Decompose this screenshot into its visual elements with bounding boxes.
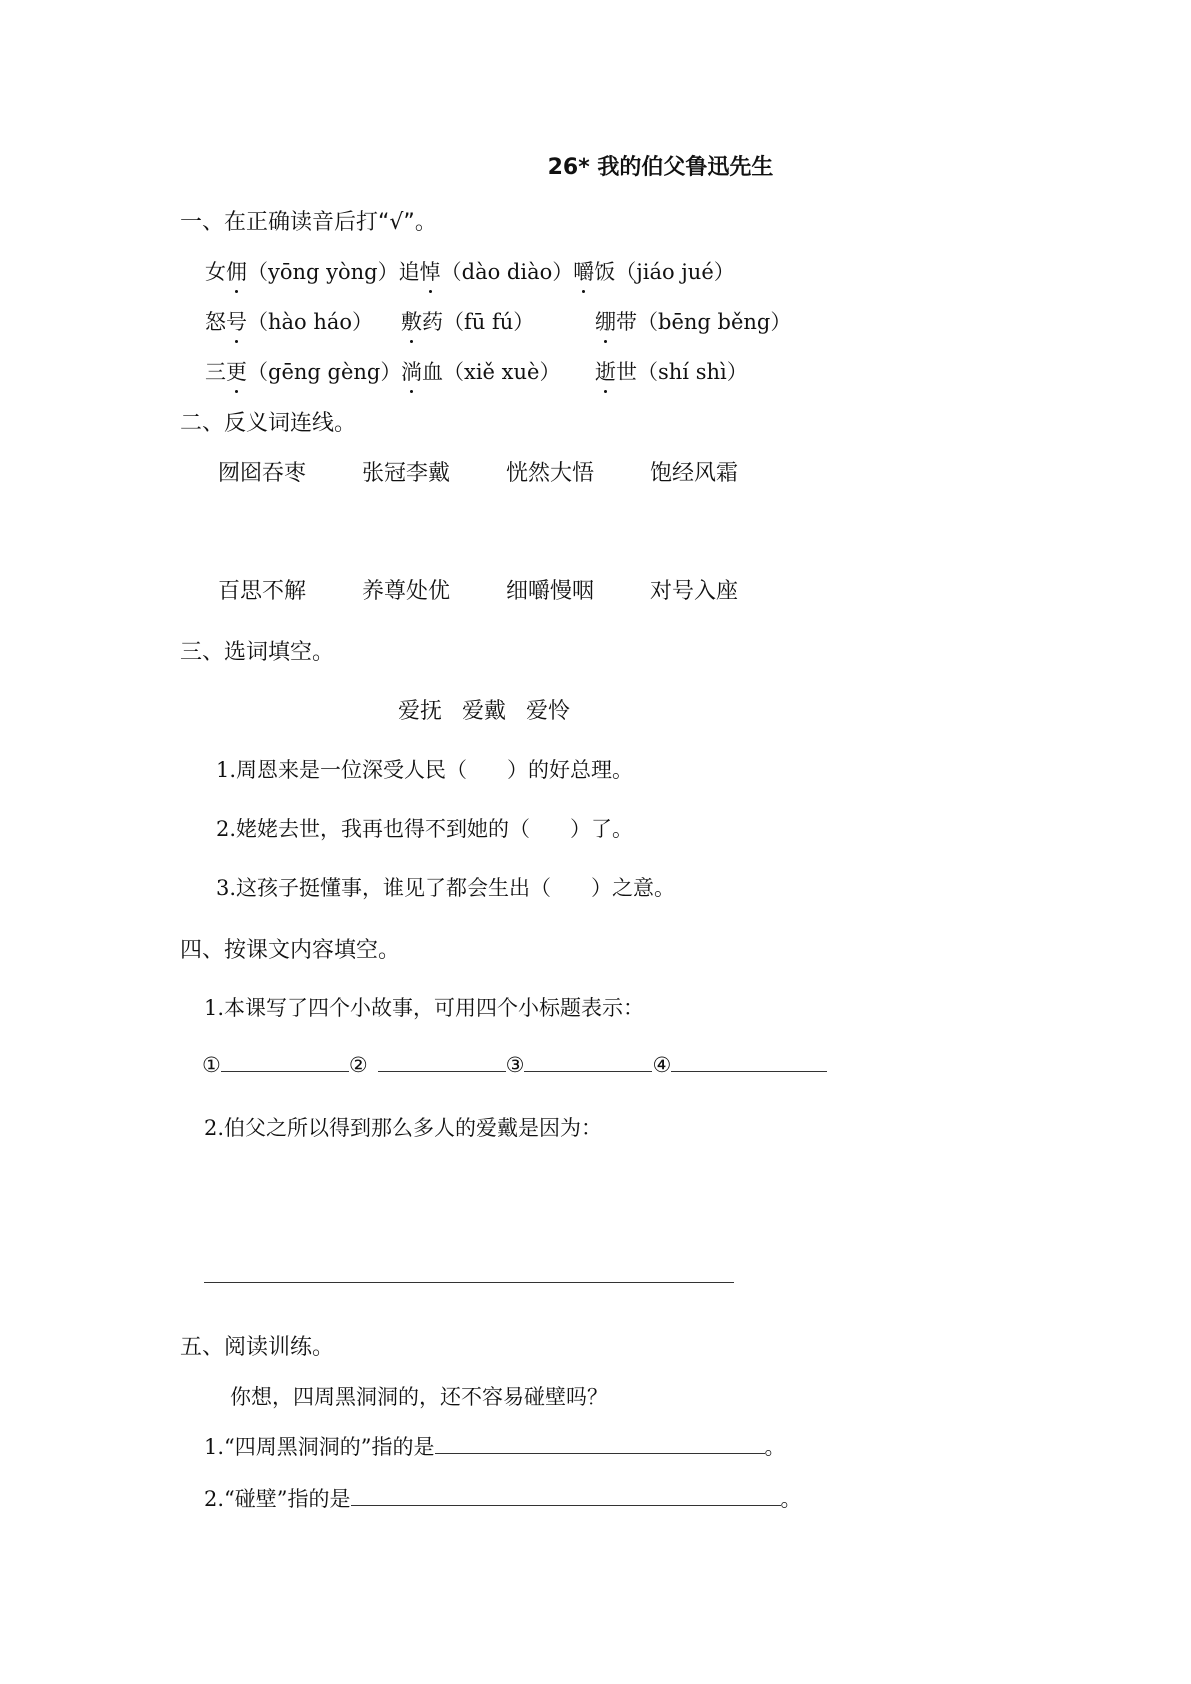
reading-passage: 你想，四周黑洞洞的，还不容易碰壁吗？ bbox=[230, 1381, 608, 1411]
subtitle-blank-4[interactable] bbox=[671, 1070, 827, 1072]
pinyin-item: 三更（gēng gèng） bbox=[205, 356, 401, 386]
dotted-char: 淌 bbox=[401, 356, 422, 386]
pinyin-item: 绷带（bēng běng） bbox=[595, 306, 791, 336]
choice-word: 爱抚 bbox=[398, 699, 442, 724]
dotted-char: 号 bbox=[226, 306, 247, 336]
reading-answer-2[interactable] bbox=[351, 1504, 781, 1506]
section-1-heading: 一、在正确读音后打“√”。 bbox=[180, 205, 437, 236]
choice-word: 爱怜 bbox=[526, 699, 570, 724]
dotted-char: 佣 bbox=[226, 256, 247, 286]
fill-question-1: 1.周恩来是一位深受人民（）的好总理。 bbox=[216, 754, 633, 784]
idiom-top-4[interactable]: 饱经风霜 bbox=[650, 456, 738, 487]
pinyin-item: 女佣（yōng yòng） bbox=[205, 256, 399, 286]
marker-1: ① bbox=[202, 1053, 221, 1077]
subtitle-blank-2[interactable] bbox=[378, 1070, 506, 1072]
idiom-bottom-3[interactable]: 细嚼慢咽 bbox=[506, 574, 594, 605]
idiom-bottom-4[interactable]: 对号入座 bbox=[650, 574, 738, 605]
pinyin-item: 淌血（xiě xuè） bbox=[401, 356, 595, 386]
idiom-bottom-1[interactable]: 百思不解 bbox=[218, 574, 306, 605]
fill-question-2: 2.姥姥去世，我再也得不到她的（）了。 bbox=[216, 813, 633, 843]
page-title: 26* 我的伯父鲁迅先生 bbox=[0, 150, 1191, 181]
reading-question-1: 1.“四周黑洞洞的”指的是。 bbox=[204, 1431, 786, 1461]
pinyin-item: 逝世（shí shì） bbox=[595, 356, 748, 386]
reason-answer-line[interactable] bbox=[204, 1282, 734, 1283]
section-3-heading: 三、选词填空。 bbox=[180, 635, 334, 666]
pinyin-row-2: 怒号（hào háo）敷药（fū fú）绷带（bēng běng） bbox=[205, 306, 791, 336]
reading-answer-1[interactable] bbox=[435, 1452, 765, 1454]
section-4-heading: 四、按课文内容填空。 bbox=[180, 933, 400, 964]
subtitle-blank-1[interactable] bbox=[221, 1070, 349, 1072]
reason-question: 2.伯父之所以得到那么多人的爱戴是因为： bbox=[204, 1112, 602, 1142]
pinyin-item: 嚼饭（jiáo jué） bbox=[573, 256, 735, 286]
pinyin-row-1: 女佣（yōng yòng）追悼（dào diào）嚼饭（jiáo jué） bbox=[205, 256, 735, 286]
choice-word: 爱戴 bbox=[462, 699, 506, 724]
idiom-top-2[interactable]: 张冠李戴 bbox=[362, 456, 450, 487]
marker-4: ④ bbox=[652, 1053, 671, 1077]
dotted-char: 更 bbox=[226, 356, 247, 386]
subtitle-blanks: ①②③④ bbox=[202, 1053, 827, 1077]
dotted-char: 嚼 bbox=[573, 256, 594, 286]
idiom-bottom-2[interactable]: 养尊处优 bbox=[362, 574, 450, 605]
pinyin-item: 敷药（fū fú） bbox=[401, 306, 595, 336]
dotted-char: 悼 bbox=[420, 256, 441, 286]
word-choices: 爱抚爱戴爱怜 bbox=[398, 694, 570, 725]
reading-question-2: 2.“碰壁”指的是。 bbox=[204, 1483, 802, 1513]
section-2-heading: 二、反义词连线。 bbox=[180, 406, 356, 437]
idiom-top-3[interactable]: 恍然大悟 bbox=[506, 456, 594, 487]
marker-2: ② bbox=[349, 1053, 368, 1077]
marker-3: ③ bbox=[506, 1053, 525, 1077]
pinyin-row-3: 三更（gēng gèng）淌血（xiě xuè）逝世（shí shì） bbox=[205, 356, 748, 386]
pinyin-item: 怒号（hào háo） bbox=[205, 306, 401, 336]
pinyin-item: 追悼（dào diào） bbox=[399, 256, 574, 286]
fill-question-3: 3.这孩子挺懂事，谁见了都会生出（）之意。 bbox=[216, 872, 675, 902]
dotted-char: 绷 bbox=[595, 306, 616, 336]
story-question: 1.本课写了四个小故事，可用四个小标题表示： bbox=[204, 992, 644, 1022]
dotted-char: 逝 bbox=[595, 356, 616, 386]
dotted-char: 敷 bbox=[401, 306, 422, 336]
idiom-top-1[interactable]: 囫囵吞枣 bbox=[218, 456, 306, 487]
subtitle-blank-3[interactable] bbox=[524, 1070, 652, 1072]
section-5-heading: 五、阅读训练。 bbox=[180, 1330, 334, 1361]
